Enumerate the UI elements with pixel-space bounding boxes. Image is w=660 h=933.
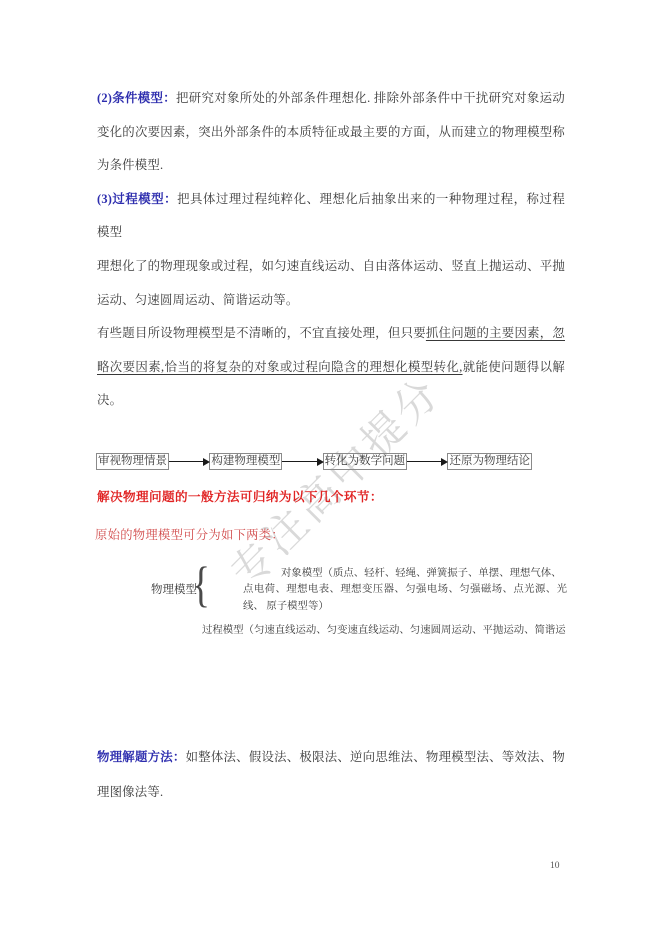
red-heading-method-steps: 解决物理问题的一般方法可归纳为以下几个环节： xyxy=(97,486,383,505)
paragraph-process-model: (3)过程模型：把具体过理过程纯粹化、理想化后抽象出来的一种物理过程，称过程模型 xyxy=(97,183,565,250)
object-model-line3: 原子模型等） xyxy=(266,601,328,612)
solving-methods-label: 物理解题方法： xyxy=(97,750,186,764)
problem-advice-pre: 有些题目所设物理模型是不清晰的，不宜直接处理，但只要 xyxy=(97,326,426,340)
left-brace-icon: { xyxy=(192,558,210,610)
arrow-right-icon xyxy=(169,461,204,462)
red-subheading-model-types: 原始的物理模型可分为如下两类： xyxy=(95,525,284,543)
solving-methods-paragraph: 物理解题方法：如整体法、假设法、极限法、逆向思维法、物理模型法、等效法、物理图像… xyxy=(97,740,565,810)
process-model-entry: 过程模型（匀速直线运动、匀变速直线运动、匀速圆周运动、平抛运动、简谐运 xyxy=(202,621,566,636)
document-page: 专注高中提分 (2)条件模型：把研究对象所处的外部条件理想化. 排除外部条件中干… xyxy=(0,0,660,933)
object-model-line1: 对象模型（质点、轻杆、轻绳、弹簧振子、单摆、理想气体、 xyxy=(243,566,567,582)
flowchart-step-physics-conclusion: 还原为物理结论 xyxy=(447,453,532,470)
arrow-right-icon xyxy=(407,461,442,462)
flowchart-step-math-problem: 转化为数学问题 xyxy=(323,453,408,470)
brace-diagram-label: 物理模型 xyxy=(151,581,197,597)
condition-model-label: (2)条件模型： xyxy=(97,91,176,105)
idealized-examples-text: 理想化了的物理现象或过程，如匀速直线运动、自由落体运动、竖直上抛运动、平抛运动、… xyxy=(97,259,565,307)
flowchart-step-build-model: 构建物理模型 xyxy=(209,453,282,470)
paragraph-condition-model: (2)条件模型：把研究对象所处的外部条件理想化. 排除外部条件中干扰研究对象运动… xyxy=(97,82,565,183)
process-model-label: (3)过程模型： xyxy=(97,192,177,206)
flowchart-step-review-scene: 审视物理情景 xyxy=(96,453,169,470)
main-text-block: (2)条件模型：把研究对象所处的外部条件理想化. 排除外部条件中干扰研究对象运动… xyxy=(97,82,565,418)
paragraph-problem-advice: 有些题目所设物理模型是不清晰的，不宜直接处理，但只要抓住问题的主要因素，忽略次要… xyxy=(97,317,565,418)
object-model-entry: 对象模型（质点、轻杆、轻绳、弹簧振子、单摆、理想气体、 点电荷、理想电表、理想变… xyxy=(243,566,567,615)
page-number: 10 xyxy=(550,861,560,871)
solution-flowchart: 审视物理情景 构建物理模型 转化为数学问题 还原为物理结论 xyxy=(96,453,532,470)
paragraph-idealized-examples: 理想化了的物理现象或过程，如匀速直线运动、自由落体运动、竖直上抛运动、平抛运动、… xyxy=(97,250,565,317)
arrow-right-icon xyxy=(282,461,317,462)
